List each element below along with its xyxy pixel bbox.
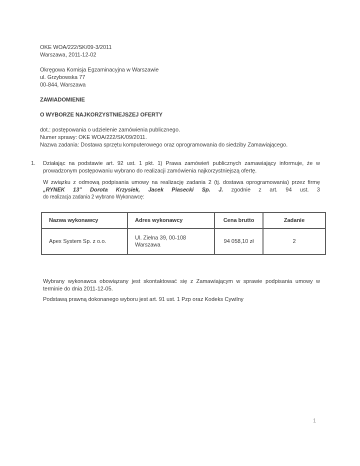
item-body: Działając na podstawie art. 92 ust. 1 pk… [43, 160, 320, 304]
document-content: OKE WOA/222/SK/09-3/2011 Warszawa, 2011-… [0, 0, 360, 304]
table-row: Apex System Sp. z o.o. Ul. Zielna 39, 00… [42, 229, 326, 255]
cell-task: 2 [263, 229, 326, 255]
column-header-contractor-name: Nazwa wykonawcy [42, 213, 128, 229]
column-header-gross-price: Cena brutto [215, 213, 264, 229]
page-number: 1 [313, 418, 316, 426]
column-header-contractor-address: Adres wykonawcy [128, 213, 215, 229]
contractor-firm-name: „RYNEK 13” Dorota Krzysiek, Jacek Piasec… [43, 187, 223, 193]
document-subtitle: O WYBORZE NAJKORZYSTNIEJSZEJ OFERTY [40, 112, 320, 120]
intro-task-name: Nazwa zadania: Dostawa sprzętu komputero… [40, 142, 320, 150]
closing-paragraph-contact: Wybrany wykonawca obowiązany jest skonta… [43, 278, 320, 293]
reference-block: OKE WOA/222/SK/09-3/2011 Warszawa, 2011-… [40, 44, 320, 59]
intro-case-number: Numer sprawy: OKE WOA/222/SK/09/2011. [40, 134, 320, 142]
selected-offer-table: Nazwa wykonawcy Adres wykonawcy Cena bru… [41, 212, 326, 255]
paragraph-2-text-after: zgodnie z art. 94 ust. 3 [223, 187, 320, 193]
item-paragraph-1: Działając na podstawie art. 92 ust. 1 pk… [43, 160, 320, 175]
paragraph-2-text-before: W związku z odmową podpisania umowy na r… [43, 180, 320, 186]
numbered-item-1: 1. Działając na podstawie art. 92 ust. 1… [31, 160, 320, 304]
document-page: OKE WOA/222/SK/09-3/2011 Warszawa, 2011-… [0, 0, 360, 466]
sender-city: 00-844, Warszawa [40, 82, 320, 90]
sender-block: Okręgowa Komisja Egzaminacyjna w Warszaw… [40, 67, 320, 90]
cell-contractor-address: Ul. Zielna 39, 00-108 Warszawa [128, 229, 215, 255]
sender-name: Okręgowa Komisja Egzaminacyjna w Warszaw… [40, 67, 320, 75]
table-header-row: Nazwa wykonawcy Adres wykonawcy Cena bru… [42, 213, 326, 229]
closing-paragraph-legal-basis: Podstawą prawną dokonanego wyboru jest a… [43, 296, 320, 304]
intro-block: dot.: postępowania o udzielenie zamówien… [40, 127, 320, 150]
item-paragraph-2: W związku z odmową podpisania umowy na r… [43, 179, 320, 194]
cell-gross-price: 94 058,10 zł [215, 229, 264, 255]
item-paragraph-2-small: do realizacja zadania 2 wybrano Wykonawc… [43, 194, 320, 201]
intro-concerns: dot.: postępowania o udzielenie zamówien… [40, 127, 320, 135]
sender-street: ul. Grzybowska 77 [40, 74, 320, 82]
column-header-task: Zadanie [263, 213, 326, 229]
place-and-date: Warszawa, 2011-12-02 [40, 52, 320, 60]
reference-number: OKE WOA/222/SK/09-3/2011 [40, 44, 320, 52]
document-title: ZAWIADOMIENIE [40, 97, 320, 105]
cell-contractor-name: Apex System Sp. z o.o. [42, 229, 128, 255]
